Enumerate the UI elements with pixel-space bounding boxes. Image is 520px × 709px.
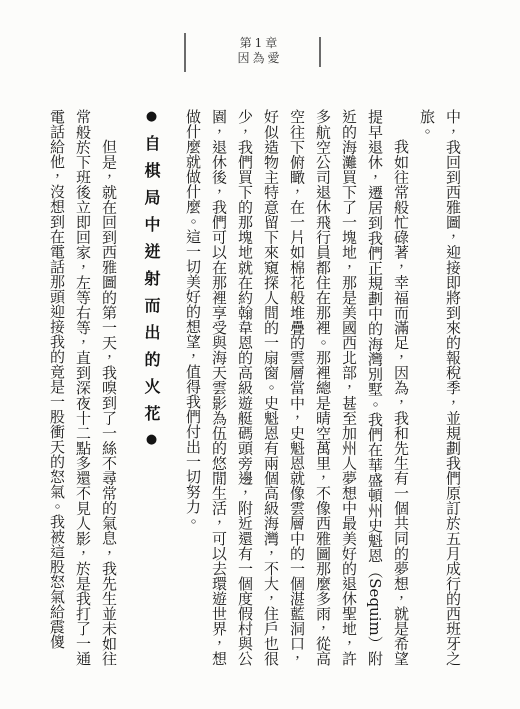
section-heading-text: 自棋局中迸射而出的火花 xyxy=(142,135,161,432)
paragraph: 但是，就在回到西雅圖的第一天，我嗅到了一絲不尋常的氣息，我先生並未如往常般於下班… xyxy=(44,109,122,666)
body-text: 中，我回到西雅圖，迎接即將到來的報稅季，並規劃我們原訂於五月成行的西班牙之旅。 … xyxy=(42,109,466,666)
section-heading: ●自棋局中迸射而出的火花● xyxy=(138,109,164,666)
chapter-number: 第1章 xyxy=(0,36,520,51)
paragraph: 中，我回到西雅圖，迎接即將到來的報稅季，並規劃我們原訂於五月成行的西班牙之旅。 xyxy=(414,109,466,666)
paragraph: 我如往常般忙碌著，幸福而滿足，因為，我和先生有一個共同的夢想，就是希望提早退休，… xyxy=(180,109,414,666)
header-rule-right xyxy=(319,37,321,67)
bullet-icon: ● xyxy=(144,109,159,135)
bullet-icon: ● xyxy=(144,432,159,458)
chapter-title: 因為愛 xyxy=(0,51,520,66)
header-rule-left xyxy=(184,33,186,72)
running-head: 第1章 因為愛 xyxy=(0,36,520,66)
book-page: 第1章 因為愛 中，我回到西雅圖，迎接即將到來的報稅季，並規劃我們原訂於五月成行… xyxy=(0,0,520,709)
